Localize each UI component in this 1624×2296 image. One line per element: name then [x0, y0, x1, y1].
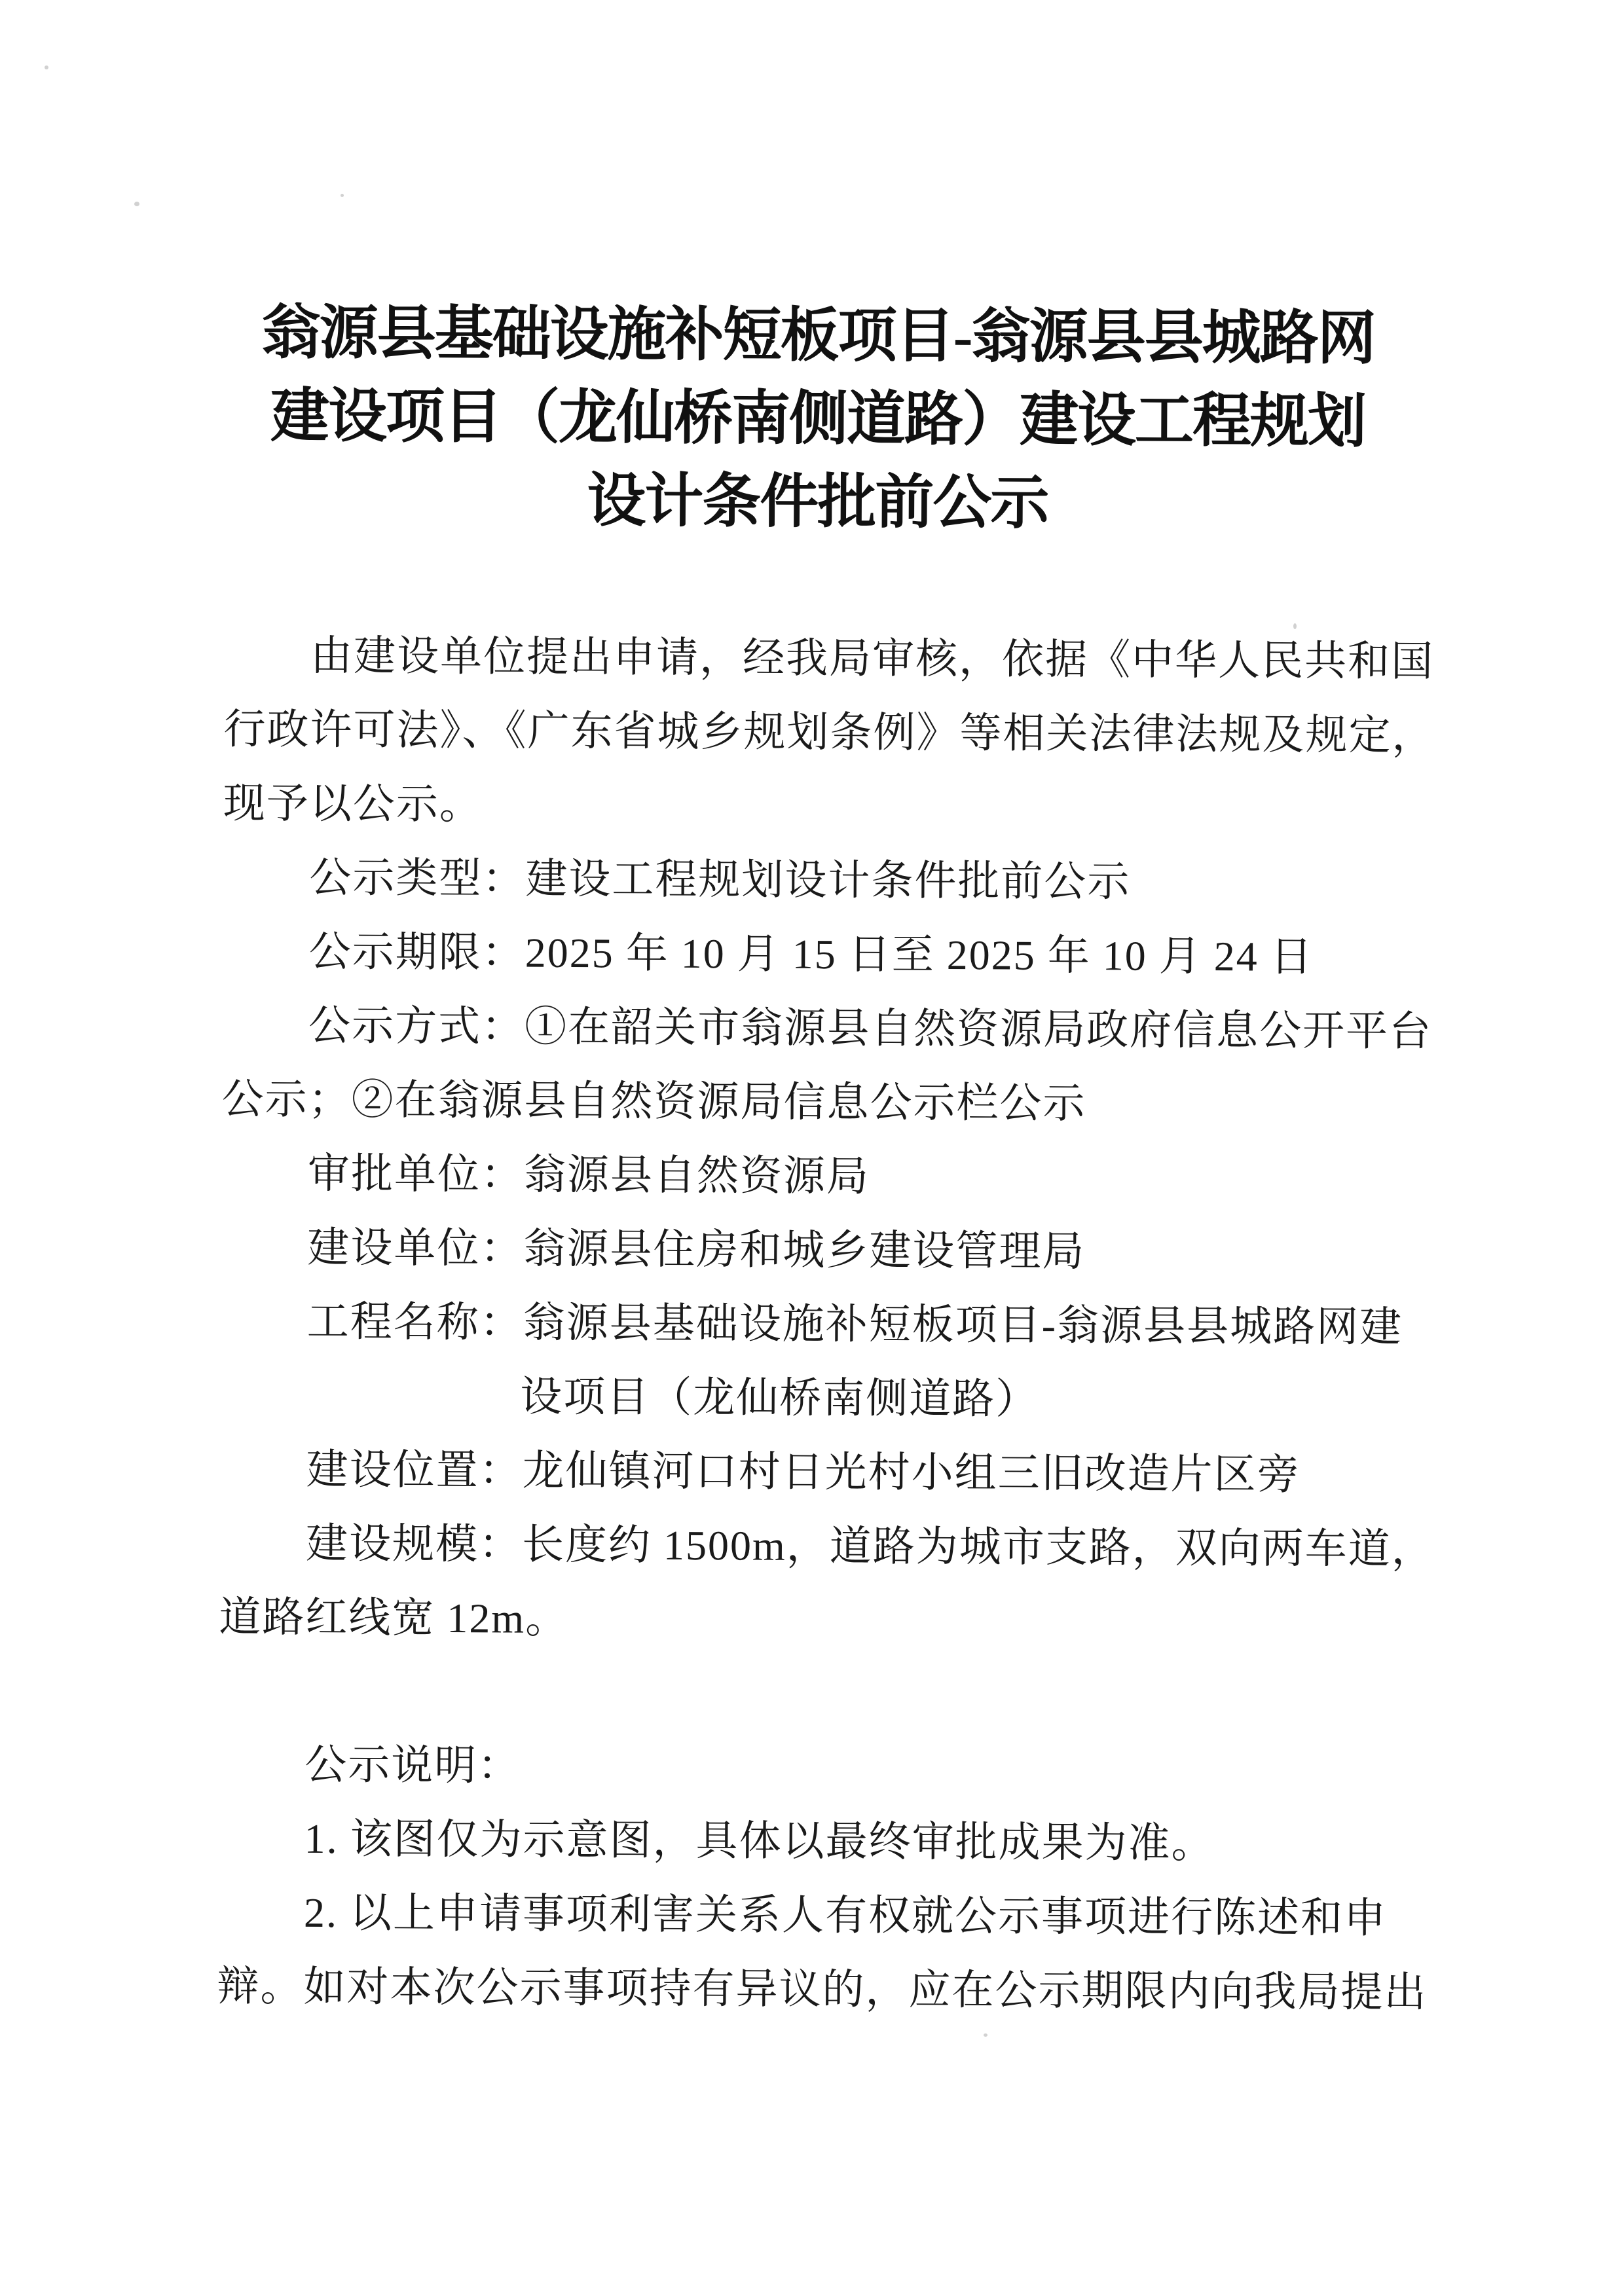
note-item-2-line-2: 辩。如对本次公示事项持有异议的，应在公示期限内向我局提出	[217, 1949, 1403, 2029]
item-approval-unit: 审批单位：翁源县自然资源局	[221, 1136, 1407, 1216]
intro-paragraph-line-1: 由建设单位提出申请，经我局审核，依据《中华人民共和国	[224, 618, 1410, 698]
item-construction-location: 建设位置：龙仙镇河口村日光村小组三旧改造片区旁	[219, 1432, 1405, 1512]
item-public-notice-period: 公示期限：2025 年 10 月 15 日至 2025 年 10 月 24 日	[222, 914, 1408, 994]
scan-speck	[45, 65, 48, 69]
item-public-notice-method-line-1: 公示方式：①在韶关市翁源县自然资源局政府信息公开平台	[222, 988, 1408, 1068]
scan-speck	[341, 194, 344, 197]
item-public-notice-type: 公示类型：建设工程规划设计条件批前公示	[223, 840, 1409, 920]
title-line-1: 翁源县基础设施补短板项目-翁源县县城路网	[225, 291, 1411, 380]
intro-paragraph-line-3: 现予以公示。	[223, 766, 1409, 846]
document-title: 翁源县基础设施补短板项目-翁源县县城路网 建设项目（龙仙桥南侧道路）建设工程规划…	[225, 291, 1411, 547]
item-project-name-line-1: 工程名称：翁源县基础设施补短板项目-翁源县县城路网建	[220, 1284, 1406, 1364]
document-content: 翁源县基础设施补短板项目-翁源县县城路网 建设项目（龙仙桥南侧道路）建设工程规划…	[217, 291, 1411, 2029]
note-item-2-line-1: 2. 以上申请事项利害关系人有权就公示事项进行陈述和申	[217, 1875, 1403, 1955]
item-public-notice-method-line-2: 公示；②在翁源县自然资源局信息公示栏公示	[221, 1062, 1407, 1142]
intro-paragraph-line-2: 行政许可法》、《广东省城乡规划条例》等相关法律法规及规定，	[223, 692, 1409, 772]
item-construction-scale-line-2: 道路红线宽 12m。	[219, 1580, 1405, 1660]
item-construction-scale-line-1: 建设规模：长度约 1500m，道路为城市支路，双向两车道，	[219, 1506, 1405, 1586]
title-line-3: 设计条件批前公示	[225, 458, 1411, 547]
note-item-1: 1. 该图仅为示意图，具体以最终审批成果为准。	[217, 1801, 1403, 1881]
document-body: 由建设单位提出申请，经我局审核，依据《中华人民共和国 行政许可法》、《广东省城乡…	[217, 618, 1409, 2029]
item-construction-unit: 建设单位：翁源县住房和城乡建设管理局	[221, 1210, 1407, 1290]
scan-speck	[134, 202, 139, 206]
document-page: 翁源县基础设施补短板项目-翁源县县城路网 建设项目（龙仙桥南侧道路）建设工程规划…	[0, 0, 1624, 2296]
item-project-name-line-2: 设项目（龙仙桥南侧道路）	[220, 1358, 1406, 1438]
title-line-2: 建设项目（龙仙桥南侧道路）建设工程规划	[225, 374, 1411, 464]
scan-speck	[984, 2033, 987, 2037]
notes-heading: 公示说明：	[218, 1727, 1404, 1807]
